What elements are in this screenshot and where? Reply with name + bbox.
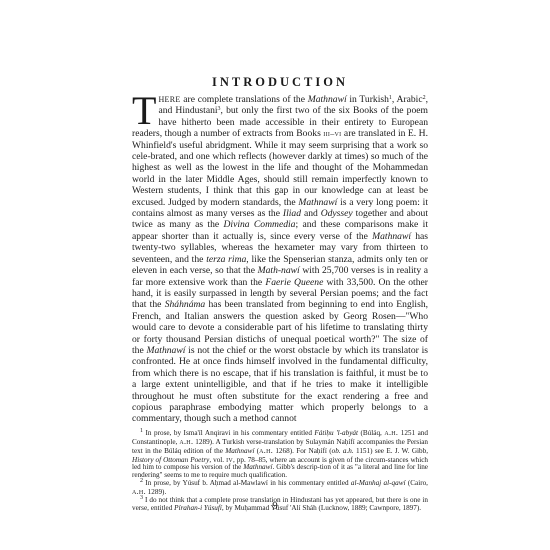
italic-title: terza rima [206, 254, 246, 265]
italic-title: Fátiḥu 'l-abyát [314, 429, 358, 437]
italic-title: Odyssey [321, 208, 353, 219]
body-paragraph: THERE are complete translations of the M… [132, 94, 428, 425]
italic-run: ob. a.h. [332, 447, 354, 455]
text-run: , Arabic [392, 94, 423, 105]
text-run: In prose, by Isma'íl Anqiravi in his com… [143, 429, 314, 437]
italic-title: Mathnawí [146, 345, 185, 356]
italic-title: Mathnawí [372, 231, 411, 242]
text-run: 1268). For Naḥífí ( [273, 447, 332, 455]
text-run: is not the chief or the worst obstacle b… [132, 345, 428, 424]
italic-title: History of Ottoman Poetry [132, 456, 209, 464]
text-run: (Cairo, [406, 479, 428, 487]
text-run: 1151) see E. J. W. Gibb, [354, 447, 428, 455]
text-run: 1289). [146, 488, 166, 496]
italic-title: Math-nawí [258, 265, 300, 276]
page-title: INTRODUCTION [132, 74, 428, 90]
text-run: in Turkish [347, 94, 389, 105]
italic-title: Mathnawí [225, 447, 254, 455]
text-run: and [301, 208, 321, 219]
lead-smallcaps: HERE [158, 95, 180, 104]
italic-title: Divina Commedia [223, 219, 295, 230]
italic-title: Mathnawí [243, 463, 272, 471]
italic-title: Mathnawí [298, 197, 337, 208]
text-run: , vol. [209, 456, 226, 464]
drop-cap: T [132, 95, 156, 127]
footnote-2: 2 In prose, by Yúsuf b. Aḥmad al-Mawlawí… [132, 480, 428, 497]
smallcaps-run: a.h. [179, 437, 193, 446]
italic-title: Iliad [283, 208, 301, 219]
book-page: INTRODUCTION THERE are complete translat… [132, 74, 428, 513]
smallcaps-run: iii–vi [323, 129, 341, 138]
smallcaps-run: a.h. [384, 428, 398, 437]
page-number: 9 [0, 500, 550, 512]
text-run: (Búláq, [358, 429, 384, 437]
italic-title: Mathnawí [308, 94, 347, 105]
text-run: are complete translations of the [181, 94, 308, 105]
smallcaps-run: a.h. [132, 487, 146, 496]
italic-title: Sháhnáma [165, 299, 206, 310]
italic-title: Faerie Queene [265, 277, 323, 288]
italic-title: al-Manhaj al-qawí [351, 479, 406, 487]
smallcaps-run: a.h. [259, 446, 273, 455]
smallcaps-run: iv [226, 455, 233, 464]
footnote-1: 1 In prose, by Isma'íl Anqiravi in his c… [132, 429, 428, 480]
text-run: In prose, by Yúsuf b. Aḥmad al-Mawlawí i… [143, 479, 351, 487]
